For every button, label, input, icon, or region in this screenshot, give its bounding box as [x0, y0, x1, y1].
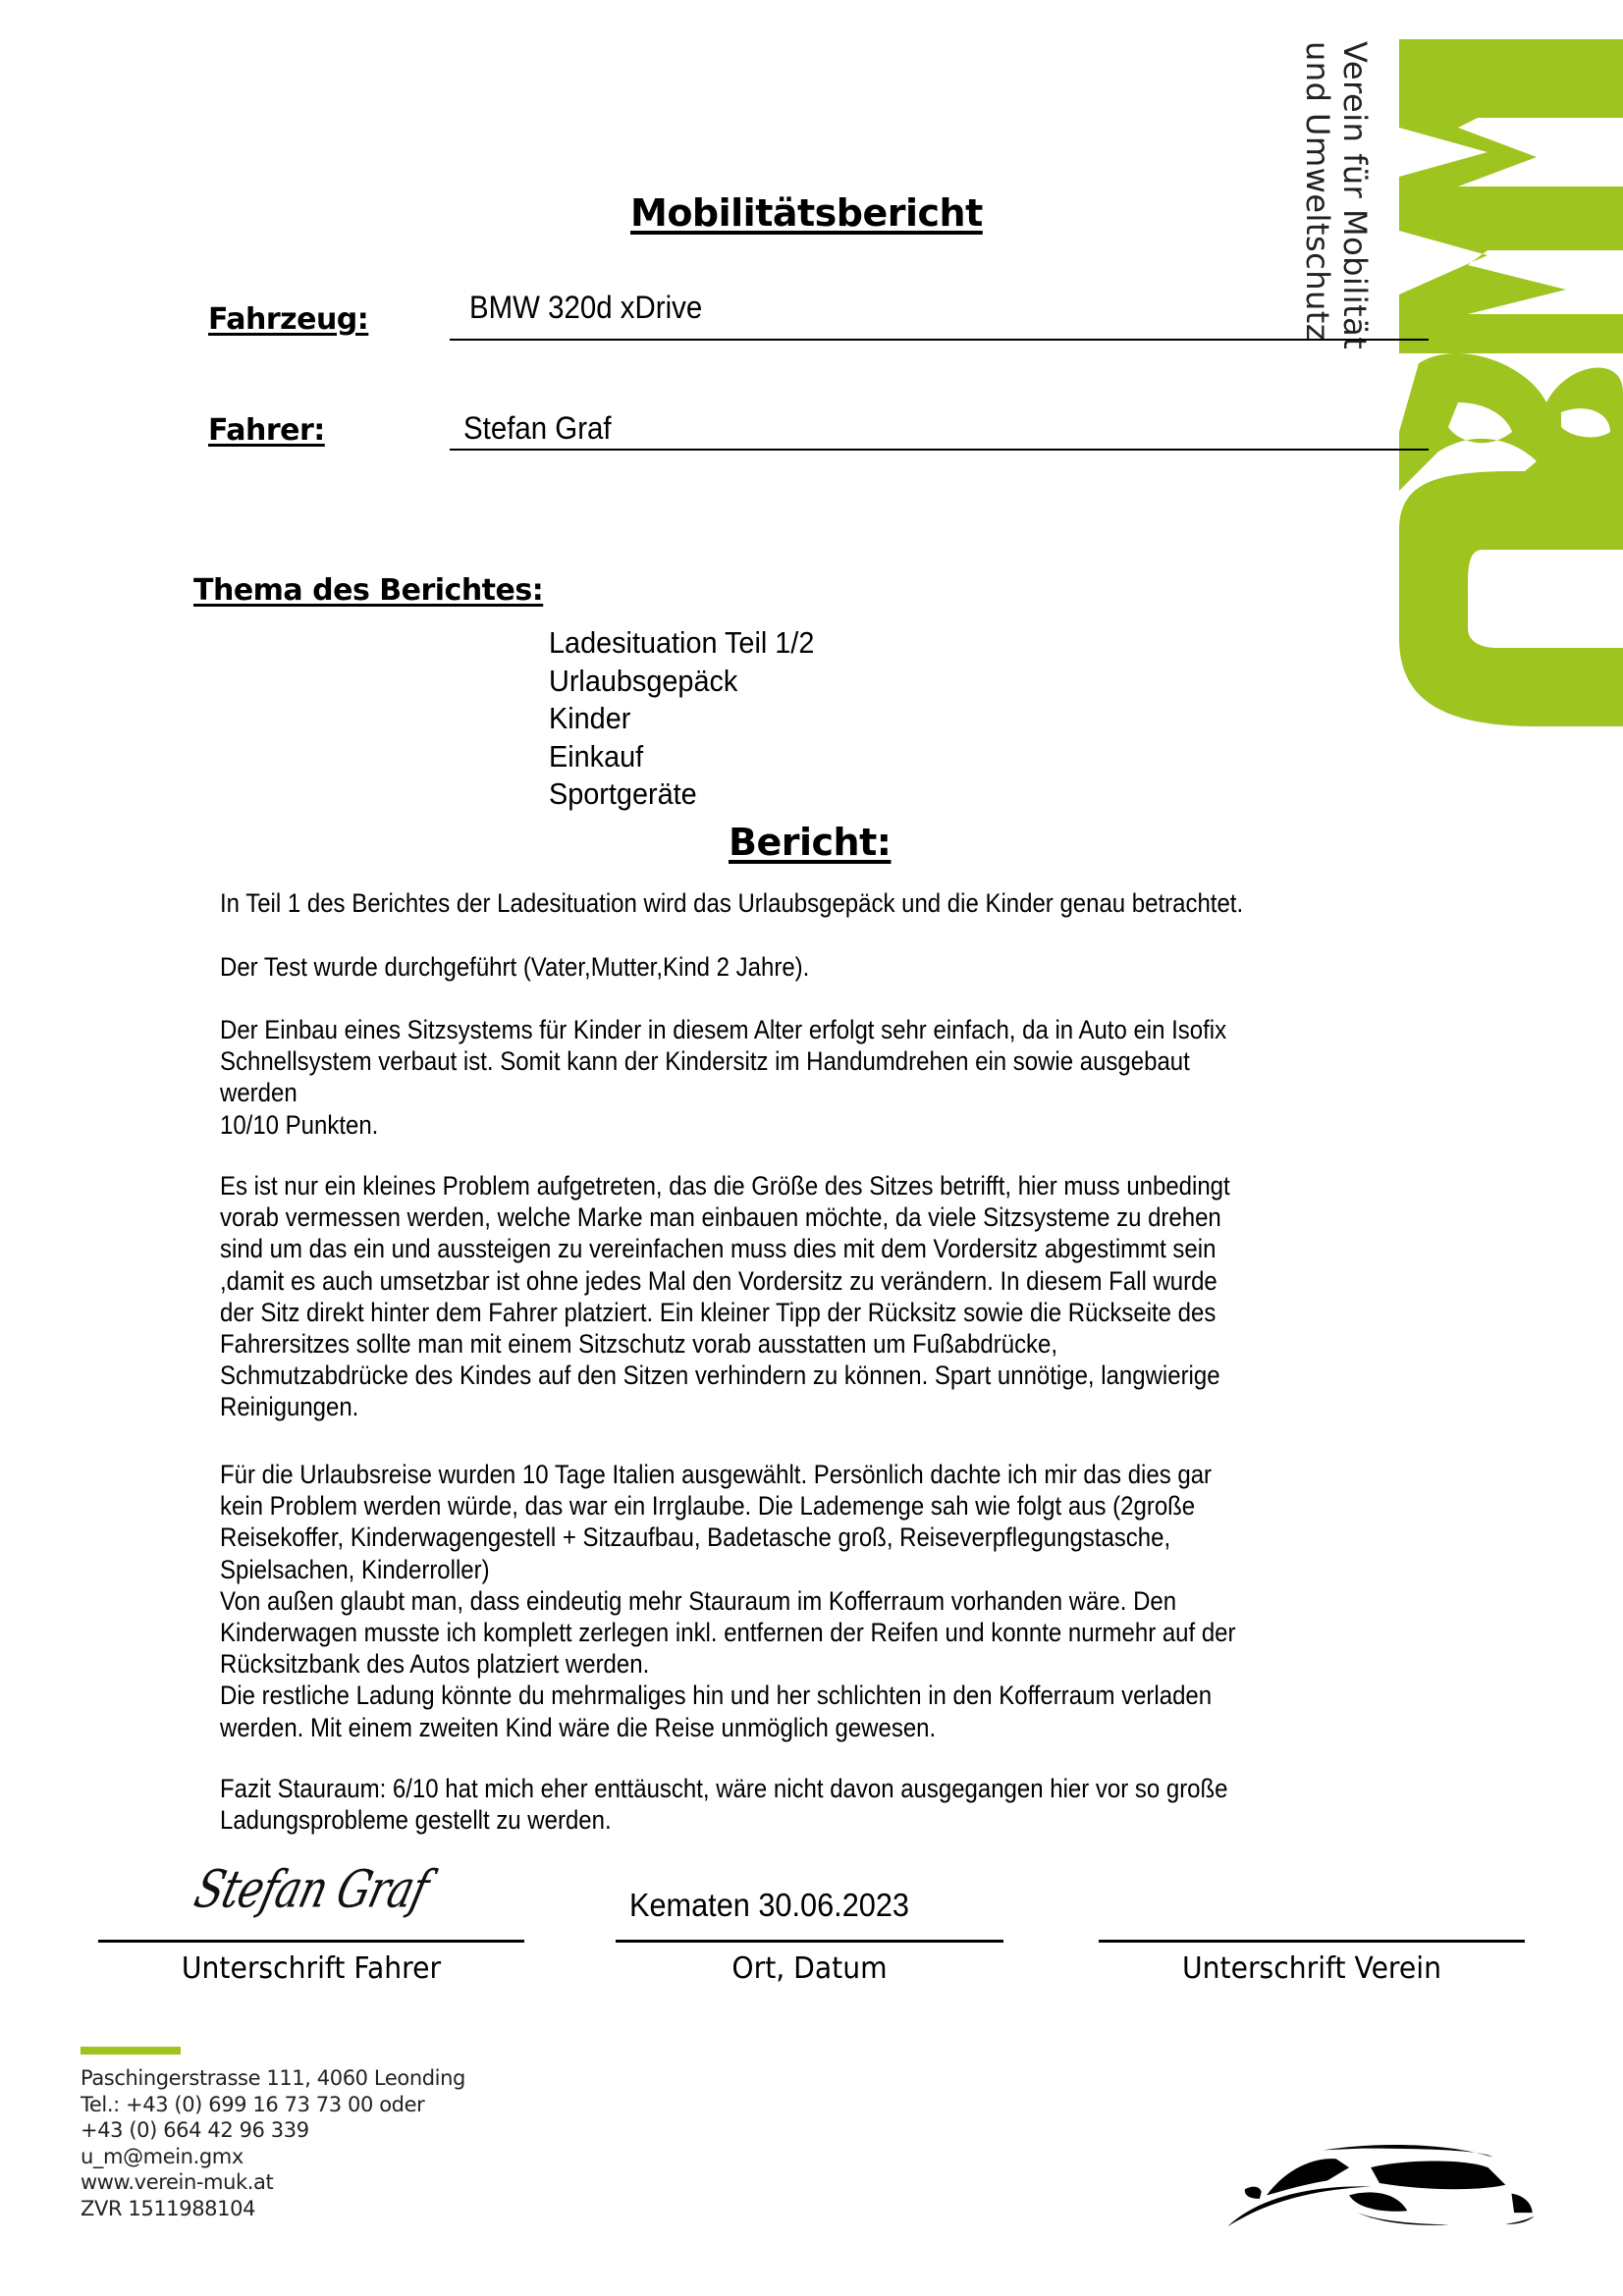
- website-link[interactable]: www.verein-muk.at: [81, 2169, 465, 2196]
- topic-list: Ladesituation Teil 1/2 Urlaubsgepäck Kin…: [549, 624, 814, 814]
- place-date: Kematen 30.06.2023: [629, 1887, 909, 1924]
- report-paragraph: Es ist nur ein kleines Problem aufgetret…: [220, 1170, 1376, 1423]
- topic-item: Kinder: [549, 700, 814, 738]
- topic-item: Urlaubsgepäck: [549, 663, 814, 701]
- driver-underline: [450, 449, 1429, 451]
- footer-accent-bar: [81, 2047, 181, 2055]
- report-paragraph: Für die Urlaubsreise wurden 10 Tage Ital…: [220, 1459, 1376, 1743]
- brand-logo-mark: [1399, 39, 1623, 726]
- phone-line: Tel.: +43 (0) 699 16 73 73 00 oder: [81, 2092, 465, 2118]
- vehicle-underline: [450, 339, 1429, 341]
- place-date-line: [616, 1940, 1003, 1943]
- tagline-line-2: und Umweltschutz: [1299, 41, 1336, 341]
- report-paragraph: Der Einbau eines Sitzsystems für Kinder …: [220, 1014, 1376, 1141]
- report-paragraph: Der Test wurde durchgeführt (Vater,Mutte…: [220, 951, 1376, 983]
- driver-label: Fahrer:: [208, 413, 325, 448]
- topic-item: Ladesituation Teil 1/2: [549, 624, 814, 663]
- report-paragraph: In Teil 1 des Berichtes der Ladesituatio…: [220, 887, 1376, 919]
- topic-item: Sportgeräte: [549, 775, 814, 814]
- report-paragraph: Fazit Stauraum: 6/10 hat mich eher enttä…: [220, 1773, 1376, 1836]
- topic-item: Einkauf: [549, 738, 814, 776]
- driver-signature-label: Unterschrift Fahrer: [111, 1951, 512, 1986]
- club-signature-line: [1099, 1940, 1525, 1943]
- phone-line: +43 (0) 664 42 96 339: [81, 2117, 465, 2144]
- driver-signature: Stefan Graf: [189, 1859, 434, 1919]
- document-title: Mobilitätsbericht: [630, 191, 983, 235]
- address-line: Paschingerstrasse 111, 4060 Leonding: [81, 2065, 465, 2092]
- vehicle-value: BMW 320d xDrive: [469, 290, 702, 326]
- vehicle-label: Fahrzeug:: [208, 302, 368, 337]
- email-link[interactable]: u_m@mein.gmx: [81, 2144, 465, 2170]
- club-signature-label: Unterschrift Verein: [1111, 1951, 1512, 1986]
- driver-signature-line: [98, 1940, 524, 1943]
- place-date-label: Ort, Datum: [627, 1951, 992, 1986]
- footer-address: Paschingerstrasse 111, 4060 Leonding Tel…: [81, 2065, 465, 2221]
- topic-heading: Thema des Berichtes:: [193, 573, 543, 608]
- tagline-line-1: Verein für Mobilität: [1336, 41, 1374, 349]
- registry-number: ZVR 1511988104: [81, 2196, 465, 2222]
- car-silhouette-icon: [1198, 2115, 1561, 2228]
- report-heading: Bericht:: [729, 821, 891, 864]
- driver-value: Stefan Graf: [463, 410, 612, 447]
- mu-logo-icon: [1399, 39, 1623, 726]
- logo-tagline: Verein für Mobilität und Umweltschutz: [1297, 41, 1376, 434]
